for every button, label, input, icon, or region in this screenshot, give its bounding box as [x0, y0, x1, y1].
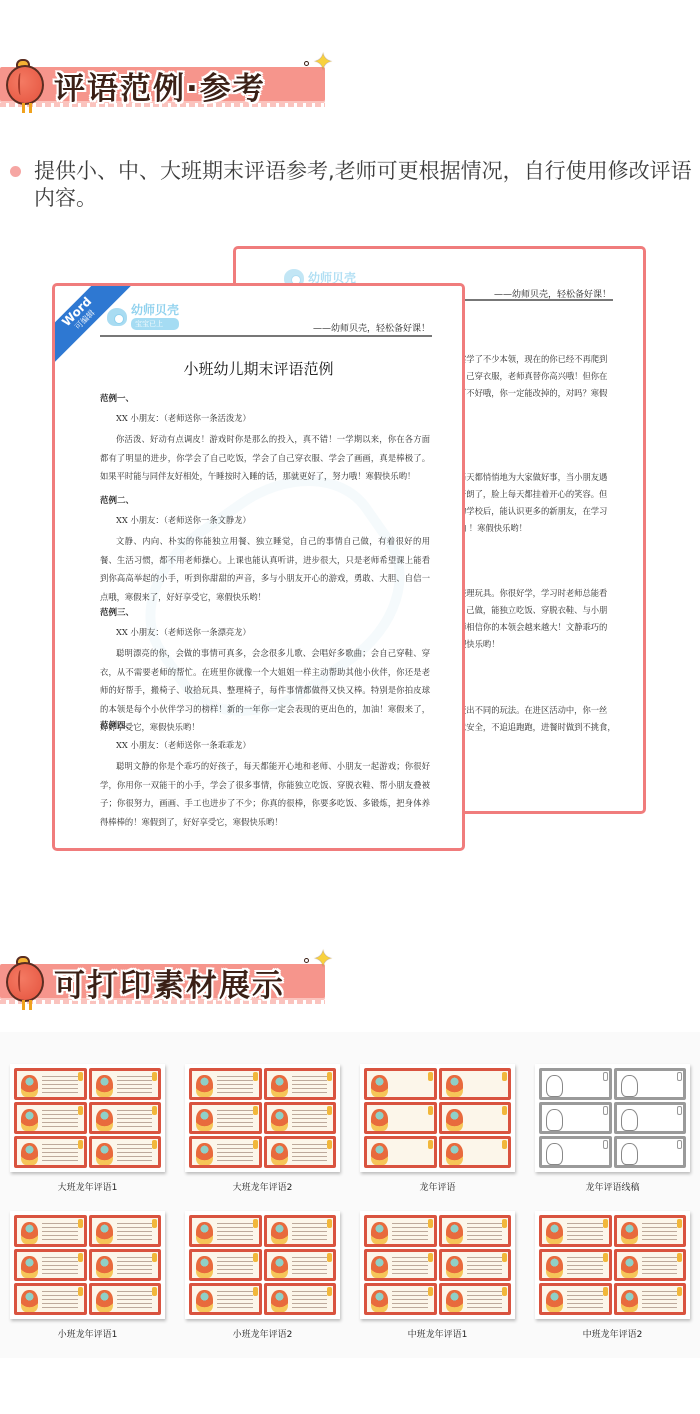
- intro-text: 提供小、中、大班期末评语参考,老师可更根据情况，自行使用修改评语内容。: [34, 158, 695, 212]
- example-title: 范例一、: [100, 392, 430, 404]
- dragon-icon: [546, 1075, 563, 1097]
- dragon-icon: [446, 1143, 463, 1165]
- dragon-icon: [371, 1075, 388, 1097]
- thumbnail-caption: 大班龙年评语1: [58, 1180, 118, 1193]
- section-header-printables: 可打印素材展示 ✦: [0, 940, 340, 1000]
- gallery-item[interactable]: 龙年评语: [350, 1064, 525, 1193]
- thumbnail-caption: 龙年评语线稿: [585, 1180, 639, 1193]
- gallery-grid: 大班龙年评语1 大班龙年评语2 龙年评语: [0, 1064, 700, 1340]
- logo-name: 幼师贝壳: [131, 304, 179, 316]
- thumbnail-image[interactable]: [535, 1064, 690, 1172]
- text-line: 的学校后，能认识更多的新朋友，在学习: [458, 505, 607, 517]
- bullet-dot-icon: [10, 166, 21, 177]
- dragon-icon: [621, 1075, 638, 1097]
- text-line: 意安全，不追追跑跑，进餐时做到不挑食，: [458, 721, 616, 733]
- header-rule: [100, 335, 432, 337]
- dragon-icon: [196, 1109, 213, 1131]
- gallery-item[interactable]: 中班龙年评语1: [350, 1211, 525, 1340]
- dragon-icon: [21, 1222, 38, 1244]
- doc-slogan: ——幼师贝壳，轻松备好课！: [313, 321, 430, 334]
- thumbnail-image[interactable]: [185, 1064, 340, 1172]
- dragon-icon: [446, 1222, 463, 1244]
- dragon-icon: [271, 1290, 288, 1312]
- dragon-icon: [271, 1222, 288, 1244]
- example-2: 范例二、 XX 小朋友：（老师送你一条文静龙） 文静、内向、朴实的你能独立用餐、…: [100, 494, 430, 606]
- header-rule: [458, 299, 613, 301]
- dragon-icon: [196, 1290, 213, 1312]
- dragon-icon: [621, 1222, 638, 1244]
- example-body: 你活泼、好动有点调皮！游戏时你是那么的投入，真不错！一学期以来，你在各方面都有了…: [100, 430, 430, 486]
- logo: 幼师贝壳 宝宝已上: [107, 304, 179, 330]
- dragon-icon: [96, 1075, 113, 1097]
- gallery-item[interactable]: 大班龙年评语2: [175, 1064, 350, 1193]
- dragon-icon: [96, 1143, 113, 1165]
- dragon-icon: [21, 1256, 38, 1278]
- thumbnail-image[interactable]: [185, 1211, 340, 1319]
- text-line: 油 ！寒假快乐哟！: [458, 522, 527, 534]
- dragon-icon: [546, 1256, 563, 1278]
- lantern-icon: [6, 962, 44, 1002]
- section-title: 评语范例·参考: [54, 63, 266, 108]
- dragon-icon: [371, 1109, 388, 1131]
- sparkle-icon: ✦: [313, 48, 333, 76]
- example-4: 范例四、 XX 小朋友：（老师送你一条乖乖龙） 聪明文静的你是个乖巧的好孩子，每…: [100, 719, 430, 831]
- dragon-icon: [446, 1109, 463, 1131]
- gallery-item[interactable]: 小班龙年评语1: [0, 1211, 175, 1340]
- dragon-icon: [96, 1109, 113, 1131]
- dragon-icon: [621, 1290, 638, 1312]
- lantern-icon: [6, 65, 44, 105]
- text-line: 自己做，能独立吃饭、穿脱衣鞋、与小朋: [458, 604, 607, 616]
- dragon-icon: [196, 1143, 213, 1165]
- dragon-icon: [271, 1256, 288, 1278]
- dragon-icon: [546, 1222, 563, 1244]
- dragon-icon: [546, 1290, 563, 1312]
- dragon-icon: [21, 1290, 38, 1312]
- thumbnail-image[interactable]: [535, 1211, 690, 1319]
- dragon-icon: [96, 1290, 113, 1312]
- dragon-icon: [446, 1290, 463, 1312]
- example-title: 范例三、: [100, 606, 430, 618]
- sparkle-dot-icon: [304, 958, 309, 963]
- thumbnail-image[interactable]: [10, 1064, 165, 1172]
- dragon-icon: [271, 1075, 288, 1097]
- dragon-icon: [96, 1256, 113, 1278]
- dragon-icon: [446, 1075, 463, 1097]
- dragon-icon: [621, 1256, 638, 1278]
- dragon-icon: [546, 1109, 563, 1131]
- dragon-icon: [196, 1075, 213, 1097]
- dragon-icon: [546, 1143, 563, 1165]
- text-line: 自己穿衣服，老师真替你高兴哦！但你在: [458, 370, 607, 382]
- thumbnail-caption: 中班龙年评语2: [583, 1327, 643, 1340]
- dragon-icon: [21, 1109, 38, 1131]
- thumbnail-image[interactable]: [10, 1211, 165, 1319]
- logo-subtitle: 宝宝已上: [131, 318, 179, 330]
- dragon-icon: [621, 1109, 638, 1131]
- lantern-tassel-icon: [22, 103, 32, 113]
- dragon-icon: [96, 1222, 113, 1244]
- dragon-icon: [371, 1256, 388, 1278]
- thumbnail-caption: 小班龙年评语2: [233, 1327, 293, 1340]
- document-title: 小班幼儿期末评语范例: [55, 358, 462, 379]
- text-line: 开朗了，脸上每天都挂着开心的笑容。但: [458, 488, 607, 500]
- thumbnail-caption: 大班龙年评语2: [233, 1180, 293, 1193]
- thumbnail-caption: 小班龙年评语1: [58, 1327, 118, 1340]
- dragon-icon: [196, 1256, 213, 1278]
- dragon-icon: [371, 1290, 388, 1312]
- dragon-icon: [371, 1143, 388, 1165]
- thumbnail-caption: 中班龙年评语1: [408, 1327, 468, 1340]
- gallery-item[interactable]: 小班龙年评语2: [175, 1211, 350, 1340]
- example-body: 文静、内向、朴实的你能独立用餐、独立睡觉，自己的事情自己做，有着很好的用餐、生活…: [100, 532, 430, 606]
- sparkle-dot-icon: [304, 61, 309, 66]
- lantern-tassel-icon: [22, 1000, 32, 1010]
- example-title: 范例四、: [100, 719, 430, 731]
- section-header-comments: 评语范例·参考 ✦: [0, 43, 340, 103]
- gallery-item[interactable]: 龙年评语线稿: [525, 1064, 700, 1193]
- example-greeting: XX 小朋友：（老师送你一条乖乖龙）: [100, 739, 430, 751]
- example-greeting: XX 小朋友：（老师送你一条活泼龙）: [100, 412, 430, 424]
- intro-bullet: 提供小、中、大班期末评语参考,老师可更根据情况，自行使用修改评语内容。: [10, 158, 695, 212]
- example-3: 范例三、 XX 小朋友：（老师送你一条漂亮龙） 聪明漂亮的你，会做的事情可真多，…: [100, 606, 430, 737]
- text-line: 实学了不少本领，现在的你已经不再爬到: [458, 353, 607, 365]
- text-line: 整理玩具。你很好学，学习时老师总能看: [458, 587, 607, 599]
- dragon-icon: [271, 1109, 288, 1131]
- dragon-icon: [371, 1222, 388, 1244]
- thumbnail-caption: 龙年评语: [419, 1180, 455, 1193]
- example-body: 聪明文静的你是个乖巧的好孩子，每天都能开心地和老师、小朋友一起游戏；你很好学，你…: [100, 757, 430, 831]
- text-line: 每天都悄悄地为大家做好事，当小朋友遇: [458, 471, 607, 483]
- gallery-item[interactable]: 中班龙年评语2: [525, 1211, 700, 1340]
- text-line: 变出不同的玩法。在进区活动中，你一丝: [458, 704, 607, 716]
- dragon-icon: [621, 1143, 638, 1165]
- logo-mark-icon: [107, 308, 127, 326]
- example-title: 范例二、: [100, 494, 430, 506]
- dragon-icon: [271, 1143, 288, 1165]
- dragon-icon: [21, 1143, 38, 1165]
- thumbnail-image[interactable]: [360, 1064, 515, 1172]
- dragon-icon: [196, 1222, 213, 1244]
- dragon-icon: [446, 1256, 463, 1278]
- text-line: 师相信你的本领会越来越大！文静乖巧的: [458, 621, 607, 633]
- printables-gallery: 大班龙年评语1 大班龙年评语2 龙年评语: [0, 1032, 700, 1358]
- section-title: 可打印素材展示: [54, 960, 285, 1005]
- gallery-item[interactable]: 大班龙年评语1: [0, 1064, 175, 1193]
- sparkle-icon: ✦: [313, 945, 333, 973]
- example-1: 范例一、 XX 小朋友：（老师送你一条活泼龙） 你活泼、好动有点调皮！游戏时你是…: [100, 392, 430, 486]
- dragon-icon: [21, 1075, 38, 1097]
- thumbnail-image[interactable]: [360, 1211, 515, 1319]
- example-greeting: XX 小朋友：（老师送你一条文静龙）: [100, 514, 430, 526]
- example-greeting: XX 小朋友：（老师送你一条漂亮龙）: [100, 626, 430, 638]
- text-line: 可不好哦，你一定能改掉的，对吗？寒假: [458, 387, 607, 399]
- document-preview-front: Word 可编辑 幼师贝壳 宝宝已上 ——幼师贝壳，轻松备好课！ 小班幼儿期末评…: [52, 283, 465, 851]
